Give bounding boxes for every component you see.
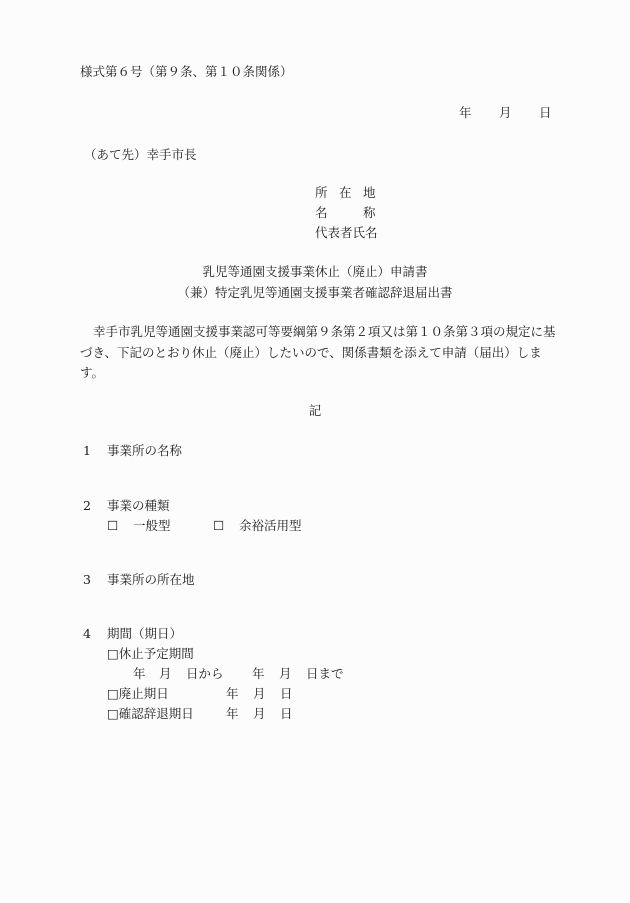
item-1-number: 1 [83, 443, 91, 459]
option-general-label: 一般型 [133, 518, 171, 534]
name-label: 名 称 [315, 205, 375, 221]
ki-heading: 記 [0, 403, 630, 419]
withdrawal-year: 年 [226, 706, 239, 722]
date-month: 月 [499, 105, 512, 121]
abolition-month: 月 [253, 686, 266, 702]
item-3-label: 事業所の所在地 [107, 572, 195, 588]
period-from-year: 年 [133, 666, 146, 682]
checkbox-general-icon[interactable]: ☐ [107, 518, 118, 534]
item-2-label: 事業の種類 [107, 498, 170, 514]
withdrawal-month: 月 [253, 706, 266, 722]
option-surplus-label: 余裕活用型 [239, 518, 302, 534]
item-1-label: 事業所の名称 [107, 443, 182, 459]
period-from-month: 月 [159, 666, 172, 682]
item-4-label: 期間（期日） [107, 626, 182, 642]
period-to-day: 日まで [306, 666, 344, 682]
title-line-1: 乳児等通園支援事業休止（廃止）申請書 [0, 264, 630, 280]
withdrawal-day: 日 [280, 706, 293, 722]
date-day: 日 [539, 105, 552, 121]
body-paragraph: 幸手市乳児等通園支援事業認可等要綱第９条第２項又は第１０条第３項の規定に基づき、… [80, 322, 558, 384]
suspension-period-checkbox[interactable]: □休止予定期間 [107, 646, 194, 662]
abolition-date-checkbox[interactable]: □廃止期日 [107, 686, 169, 702]
abolition-day: 日 [280, 686, 293, 702]
address-label: 所 在 地 [315, 185, 375, 201]
checkbox-surplus-icon[interactable]: ☐ [213, 518, 224, 534]
period-to-year: 年 [252, 666, 265, 682]
title-line-2: （兼）特定乳児等通園支援事業者確認辞退届出書 [0, 285, 630, 301]
date-year: 年 [459, 105, 472, 121]
form-number: 様式第６号（第９条、第１０条関係） [80, 64, 293, 80]
abolition-year: 年 [226, 686, 239, 702]
withdrawal-date-checkbox[interactable]: □確認辞退期日 [107, 706, 194, 722]
period-from-day: 日から [186, 666, 224, 682]
item-4-number: 4 [83, 626, 91, 642]
period-to-month: 月 [279, 666, 292, 682]
representative-label: 代表者氏名 [315, 225, 378, 241]
item-2-number: 2 [83, 498, 91, 514]
item-3-number: 3 [83, 572, 91, 588]
addressee: （あて先）幸手市長 [84, 147, 197, 163]
